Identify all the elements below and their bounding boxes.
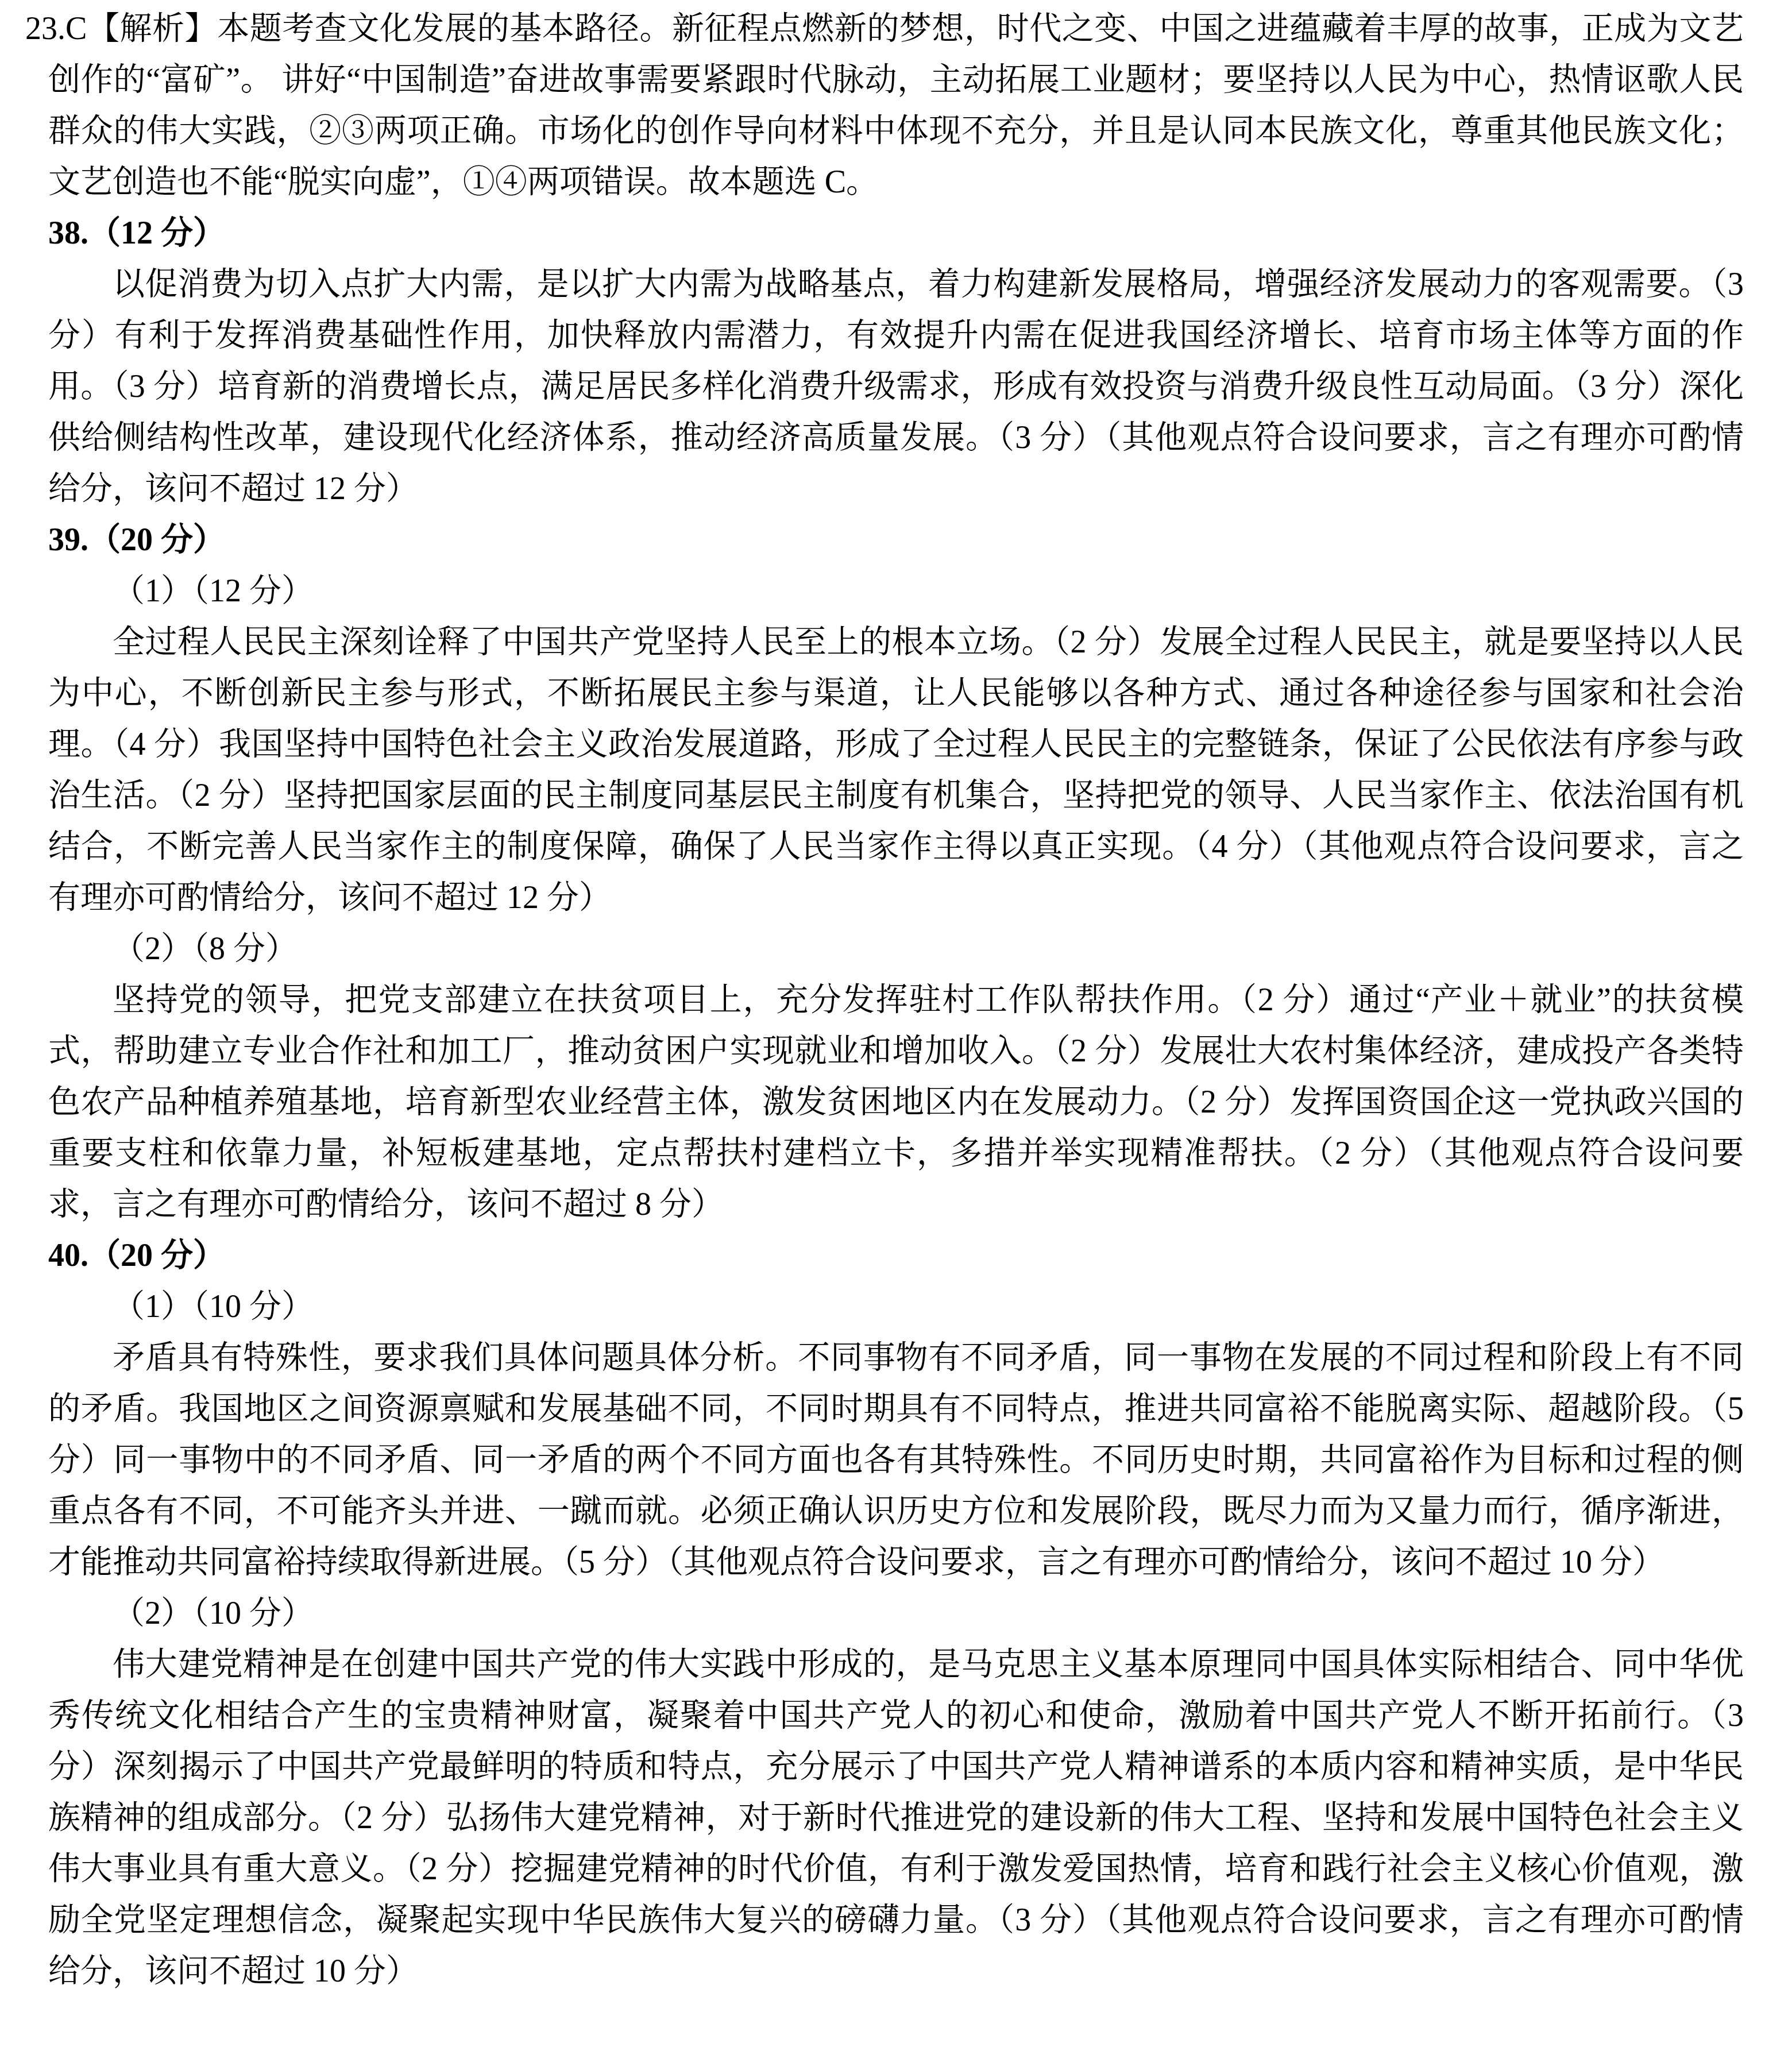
answer-item-23: 23.C【解析】本题考查文化发展的基本路径。新征程点燃新的梦想，时代之变、中国之… [48, 3, 1744, 208]
question-40-part2-label: （2）（10 分） [48, 1588, 1744, 1639]
question-39-part2-answer: 坚持党的领导，把党支部建立在扶贫项目上，充分发挥驻村工作队帮扶作用。（2 分）通… [48, 975, 1744, 1230]
answer-item-23-analysis-tag: 【解析】 [87, 11, 217, 47]
question-39-heading: 39.（20 分） [48, 515, 1744, 566]
question-40-part2-answer: 伟大建党精神是在创建中国共产党的伟大实践中形成的，是马克思主义基本原理同中国具体… [48, 1639, 1744, 1997]
question-40-heading: 40.（20 分） [48, 1230, 1744, 1281]
answer-item-23-label: 23.C [25, 11, 87, 47]
question-39-part1-label: （1）（12 分） [48, 566, 1744, 617]
question-39-part2-label: （2）（8 分） [48, 924, 1744, 975]
answer-item-23-body: 本题考查文化发展的基本路径。新征程点燃新的梦想，时代之变、中国之进蕴藏着丰厚的故… [48, 11, 1744, 200]
question-38-answer: 以促消费为切入点扩大内需，是以扩大内需为战略基点，着力构建新发展格局，增强经济发… [48, 259, 1744, 515]
question-39-part1-answer: 全过程人民民主深刻诠释了中国共产党坚持人民至上的根本立场。（2 分）发展全过程人… [48, 617, 1744, 924]
question-38-heading: 38.（12 分） [48, 208, 1744, 259]
question-40-part1-label: （1）（10 分） [48, 1281, 1744, 1333]
answer-key-document: 23.C【解析】本题考查文化发展的基本路径。新征程点燃新的梦想，时代之变、中国之… [0, 0, 1792, 2047]
question-40-part1-answer: 矛盾具有特殊性，要求我们具体问题具体分析。不同事物有不同矛盾，同一事物在发展的不… [48, 1333, 1744, 1588]
